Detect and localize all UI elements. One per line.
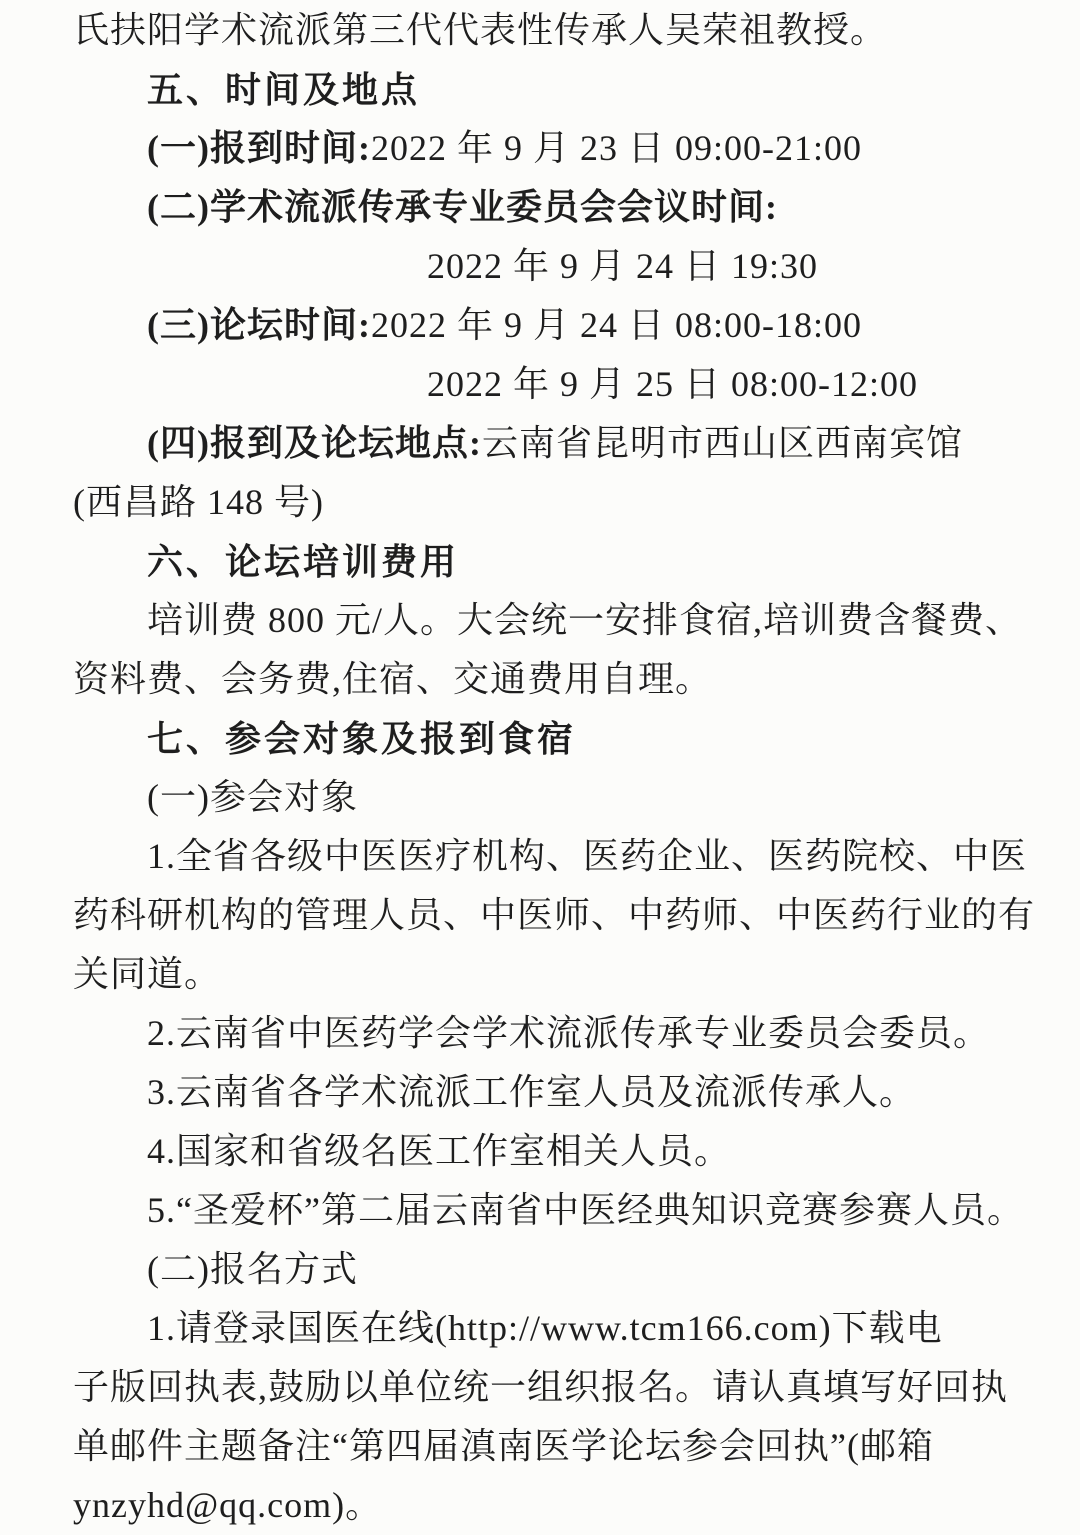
body-text: 药科研机构的管理人员、中医师、中药师、中医药行业的有 [73, 895, 1035, 935]
text-line-16: 药科研机构的管理人员、中医师、中药师、中医药行业的有 [73, 886, 1024, 945]
text-line-25: 单邮件主题备注“第四届滇南医学论坛参会回执”(邮箱 [73, 1417, 1024, 1476]
text-line-17: 关同道。 [73, 945, 1024, 1004]
text-line-1: 氏扶阳学术流派第三代代表性传承人吴荣祖教授。 [73, 1, 1024, 60]
body-text: (西昌路 148 号) [73, 482, 324, 522]
subheading-text: (四)报到及论坛地点: [147, 423, 482, 463]
body-text: 2022 年 9 月 24 日 08:00-18:00 [371, 305, 862, 345]
text-line-26: ynzyhd@qq.com)。 [73, 1476, 1024, 1535]
body-text: 3.云南省各学术流派工作室人员及流派传承人。 [147, 1072, 916, 1112]
body-text: 子版回执表,鼓励以单位统一组织报名。请认真填写好回执 [73, 1367, 1008, 1407]
text-line-10: 六、论坛培训费用 [73, 532, 1024, 591]
body-text: 云南省昆明市西山区西南宾馆 [482, 423, 963, 463]
text-line-20: 4.国家和省级名医工作室相关人员。 [73, 1122, 1024, 1181]
body-text: 4.国家和省级名医工作室相关人员。 [147, 1131, 731, 1171]
body-text: 培训费 800 元/人。大会统一安排食宿,培训费含餐费、 [147, 600, 1022, 640]
body-text: 资料费、会务费,住宿、交通费用自理。 [73, 659, 712, 699]
text-line-13: 七、参会对象及报到食宿 [73, 709, 1024, 768]
text-line-24: 子版回执表,鼓励以单位统一组织报名。请认真填写好回执 [73, 1358, 1024, 1417]
section-heading-text: 七、参会对象及报到食宿 [147, 718, 576, 759]
body-text: 1.请登录国医在线(http://www.tcm166.com)下载电 [147, 1308, 943, 1348]
section-heading-text: 五、时间及地点 [147, 69, 420, 110]
text-line-6: (三)论坛时间:2022 年 9 月 24 日 08:00-18:00 [73, 296, 1024, 355]
text-line-19: 3.云南省各学术流派工作室人员及流派传承人。 [73, 1063, 1024, 1122]
text-line-12: 资料费、会务费,住宿、交通费用自理。 [73, 650, 1024, 709]
section-heading-text: 六、论坛培训费用 [147, 541, 459, 582]
body-text: (一)参会对象 [147, 777, 358, 817]
text-line-9: (西昌路 148 号) [73, 473, 1024, 532]
text-line-22: (二)报名方式 [73, 1240, 1024, 1299]
body-text: 2022 年 9 月 25 日 08:00-12:00 [427, 364, 918, 404]
text-line-11: 培训费 800 元/人。大会统一安排食宿,培训费含餐费、 [73, 591, 1024, 650]
body-text: 单邮件主题备注“第四届滇南医学论坛参会回执”(邮箱 [73, 1426, 934, 1466]
body-text: 2.云南省中医药学会学术流派传承专业委员会委员。 [147, 1013, 990, 1053]
text-line-21: 5.“圣爱杯”第二届云南省中医经典知识竞赛参赛人员。 [73, 1181, 1024, 1240]
subheading-text: (三)论坛时间: [147, 305, 371, 345]
text-line-3: (一)报到时间:2022 年 9 月 23 日 09:00-21:00 [73, 119, 1024, 178]
text-line-14: (一)参会对象 [73, 768, 1024, 827]
document-page: 氏扶阳学术流派第三代代表性传承人吴荣祖教授。五、时间及地点(一)报到时间:202… [0, 0, 1080, 1535]
text-line-2: 五、时间及地点 [73, 60, 1024, 119]
body-text: 关同道。 [73, 954, 221, 994]
body-text: 1.全省各级中医医疗机构、医药企业、医药院校、中医 [147, 836, 1027, 876]
text-line-23: 1.请登录国医在线(http://www.tcm166.com)下载电 [73, 1299, 1024, 1358]
subheading-text: (二)学术流派传承专业委员会会议时间: [147, 187, 778, 227]
text-line-8: (四)报到及论坛地点:云南省昆明市西山区西南宾馆 [73, 414, 1024, 473]
body-text: ynzyhd@qq.com)。 [73, 1485, 382, 1525]
body-text: 5.“圣爱杯”第二届云南省中医经典知识竞赛参赛人员。 [147, 1190, 1024, 1230]
body-text: 氏扶阳学术流派第三代代表性传承人吴荣祖教授。 [73, 10, 887, 50]
body-text: 2022 年 9 月 24 日 19:30 [427, 246, 818, 286]
text-line-7: 2022 年 9 月 25 日 08:00-12:00 [73, 355, 1024, 414]
text-line-4: (二)学术流派传承专业委员会会议时间: [73, 178, 1024, 237]
text-line-5: 2022 年 9 月 24 日 19:30 [73, 237, 1024, 296]
text-line-18: 2.云南省中医药学会学术流派传承专业委员会委员。 [73, 1004, 1024, 1063]
body-text: 2022 年 9 月 23 日 09:00-21:00 [371, 128, 862, 168]
subheading-text: (一)报到时间: [147, 128, 371, 168]
text-line-15: 1.全省各级中医医疗机构、医药企业、医药院校、中医 [73, 827, 1024, 886]
body-text: (二)报名方式 [147, 1249, 358, 1289]
document-body: 氏扶阳学术流派第三代代表性传承人吴荣祖教授。五、时间及地点(一)报到时间:202… [73, 1, 1024, 1535]
